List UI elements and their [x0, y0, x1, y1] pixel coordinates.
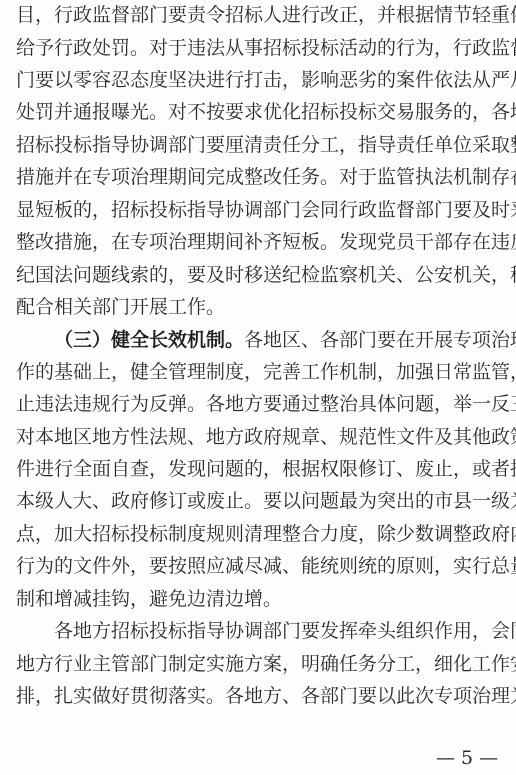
page-number: — 5 —	[436, 747, 498, 769]
paragraph-line: 点，加大招标投标制度规则清理整合力度，除少数调整政府内部	[16, 523, 503, 545]
paragraph-line: 地方行业主管部门制定实施方案，明确任务分工，细化工作安	[16, 653, 503, 675]
paragraph-line: 本级人大、政府修订或废止。要以问题最为突出的市县一级为重	[16, 490, 503, 512]
paragraph-line: 对本地区地方性法规、地方政府规章、规范性文件及其他政策文	[16, 426, 503, 448]
paragraph-line: 行为的文件外，要按照应减尽减、能统则统的原则，实行总量控	[16, 555, 503, 577]
document-page: 目，行政监督部门要责令招标人进行改正，并根据情节轻重依法 给予行政处罚。对于违法…	[0, 0, 516, 775]
paragraph-line: 招标投标指导协调部门要厘清责任分工，指导责任单位采取整改	[16, 134, 503, 156]
paragraph-line: 作的基础上，健全管理制度，完善工作机制，加强日常监管，防	[16, 361, 503, 383]
paragraph-line: 处罚并通报曝光。对不按要求优化招标投标交易服务的，各地方	[16, 101, 503, 123]
section-heading-rest: 各地区、各部门要在开展专项治理工	[244, 329, 516, 351]
paragraph-line: 排，扎实做好贯彻落实。各地方、各部门要以此次专项治理为契	[16, 685, 503, 707]
paragraph-line: 配合相关部门开展工作。	[16, 296, 503, 318]
section-heading: （三）健全长效机制。	[54, 329, 244, 351]
paragraph-line: 给予行政处罚。对于违法从事招标投标活动的行为，行政监督部	[16, 37, 503, 59]
paragraph-line: 制和增减挂钩，避免边清边增。	[16, 588, 503, 610]
paragraph-line: 止违法违规行为反弹。各地方要通过整治具体问题，举一反三，	[16, 393, 503, 415]
paragraph-line: 措施并在专项治理期间完成整改任务。对于监管执法机制存在明	[16, 166, 503, 188]
section-heading-line: （三）健全长效机制。各地区、各部门要在开展专项治理工	[54, 329, 503, 351]
paragraph-line: 整改措施，在专项治理期间补齐短板。发现党员干部存在违反党	[16, 231, 503, 253]
paragraph-line: 门要以零容忍态度坚决进行打击，影响恶劣的案件依法从严从重	[16, 69, 503, 91]
paragraph-line: 目，行政监督部门要责令招标人进行改正，并根据情节轻重依法	[16, 4, 503, 26]
paragraph-line: 各地方招标投标指导协调部门要发挥牵头组织作用，会同本	[54, 620, 503, 642]
paragraph-line: 件进行全面自查，发现问题的，根据权限修订、废止，或者提请	[16, 458, 503, 480]
paragraph-line: 纪国法问题线索的，要及时移送纪检监察机关、公安机关，积极	[16, 264, 503, 286]
paragraph-line: 显短板的，招标投标指导协调部门会同行政监督部门要及时采取	[16, 199, 503, 221]
